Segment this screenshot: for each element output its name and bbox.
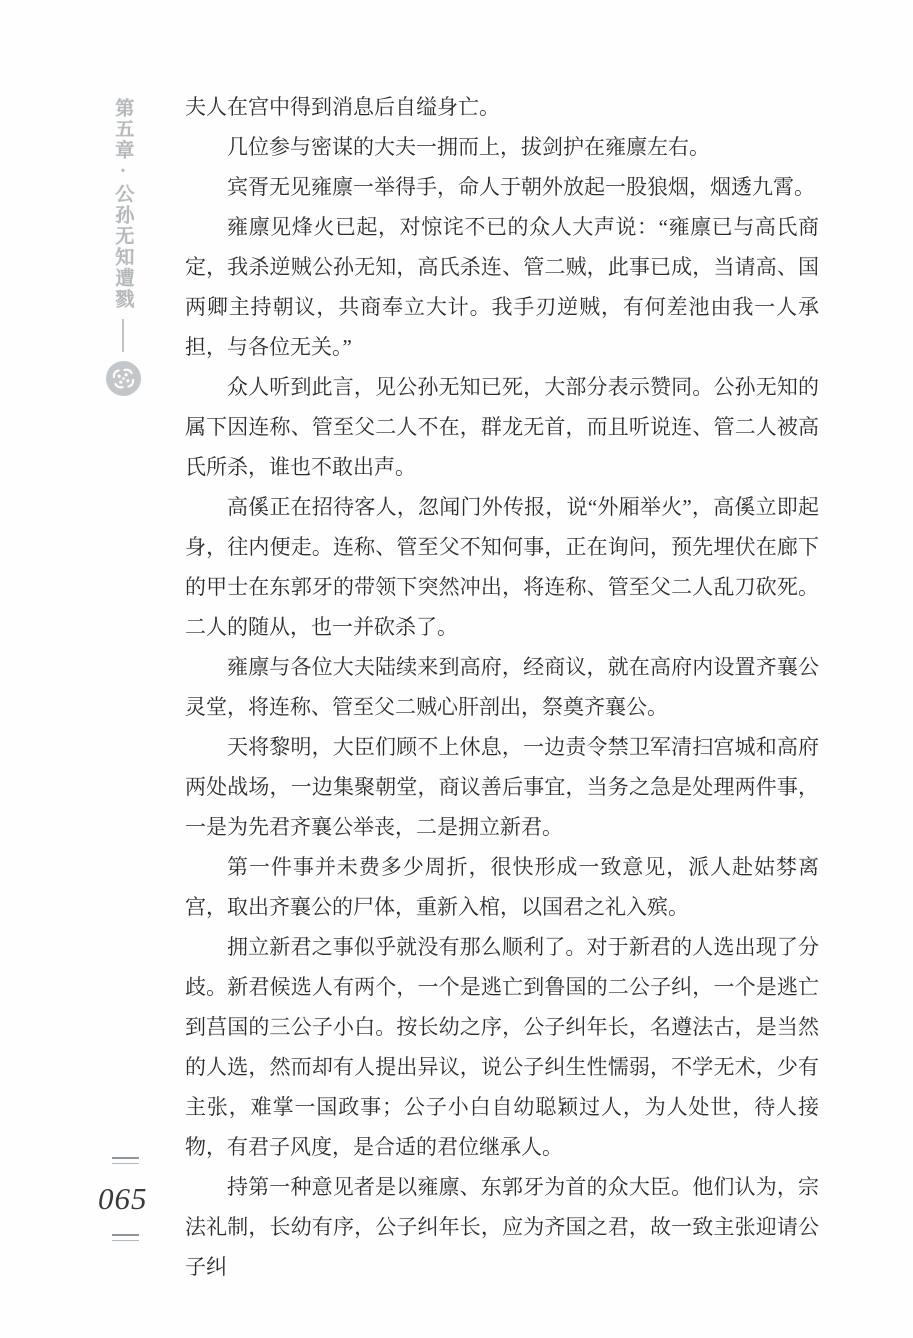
chapter-sidebar: 第五章·公孙无知遭戮 <box>104 98 142 397</box>
paragraph: 宾胥无见雍廪一举得手，命人于朝外放起一股狼烟，烟透九霄。 <box>185 167 819 207</box>
folio-mark-bottom <box>112 1234 139 1241</box>
book-page: 第五章·公孙无知遭戮 夫人在宫中得到消息后自缢身亡。 几位参与密谋的 <box>0 0 913 1338</box>
paragraph: 持第一种意见者是以雍廪、东郭牙为首的众大臣。他们认为，宗法礼制，长幼有序，公子纠… <box>185 1167 819 1287</box>
paragraph: 众人听到此言，见公孙无知已死，大部分表示赞同。公孙无知的属下因连称、管至父二人不… <box>185 367 819 487</box>
folio: 065 <box>96 1157 156 1241</box>
folio-mark-top <box>112 1157 139 1164</box>
paragraph: 高傒正在招待客人，忽闻门外传报，说“外厢举火”，高傒立即起身，往内便走。连称、管… <box>185 487 819 647</box>
paragraph: 拥立新君之事似乎就没有那么顺利了。对于新君的人选出现了分歧。新君候选人有两个，一… <box>185 927 819 1167</box>
paragraph: 雍廪见烽火已起，对惊诧不已的众人大声说：“雍廪已与高氏商定，我杀逆贼公孙无知，高… <box>185 207 819 367</box>
body-text: 夫人在宫中得到消息后自缢身亡。 几位参与密谋的大夫一拥而上，拔剑护在雍廪左右。 … <box>185 87 819 1287</box>
swirl-seal-icon <box>105 360 142 397</box>
paragraph: 雍廪与各位大夫陆续来到高府，经商议，就在高府内设置齐襄公灵堂，将连称、管至父二贼… <box>185 647 819 727</box>
paragraph: 第一件事并未费多少周折，很快形成一致意见，派人赴姑棼离宫，取出齐襄公的尸体，重新… <box>185 847 819 927</box>
paragraph: 夫人在宫中得到消息后自缢身亡。 <box>185 87 819 127</box>
paragraph: 几位参与密谋的大夫一拥而上，拔剑护在雍廪左右。 <box>185 127 819 167</box>
paragraph: 天将黎明，大臣们顾不上休息，一边责令禁卫军清扫宫城和高府两处战场，一边集聚朝堂，… <box>185 727 819 847</box>
chapter-title: 第五章·公孙无知遭戮 <box>114 98 133 310</box>
page-number: 065 <box>98 1183 148 1214</box>
chapter-divider-line <box>122 319 124 352</box>
